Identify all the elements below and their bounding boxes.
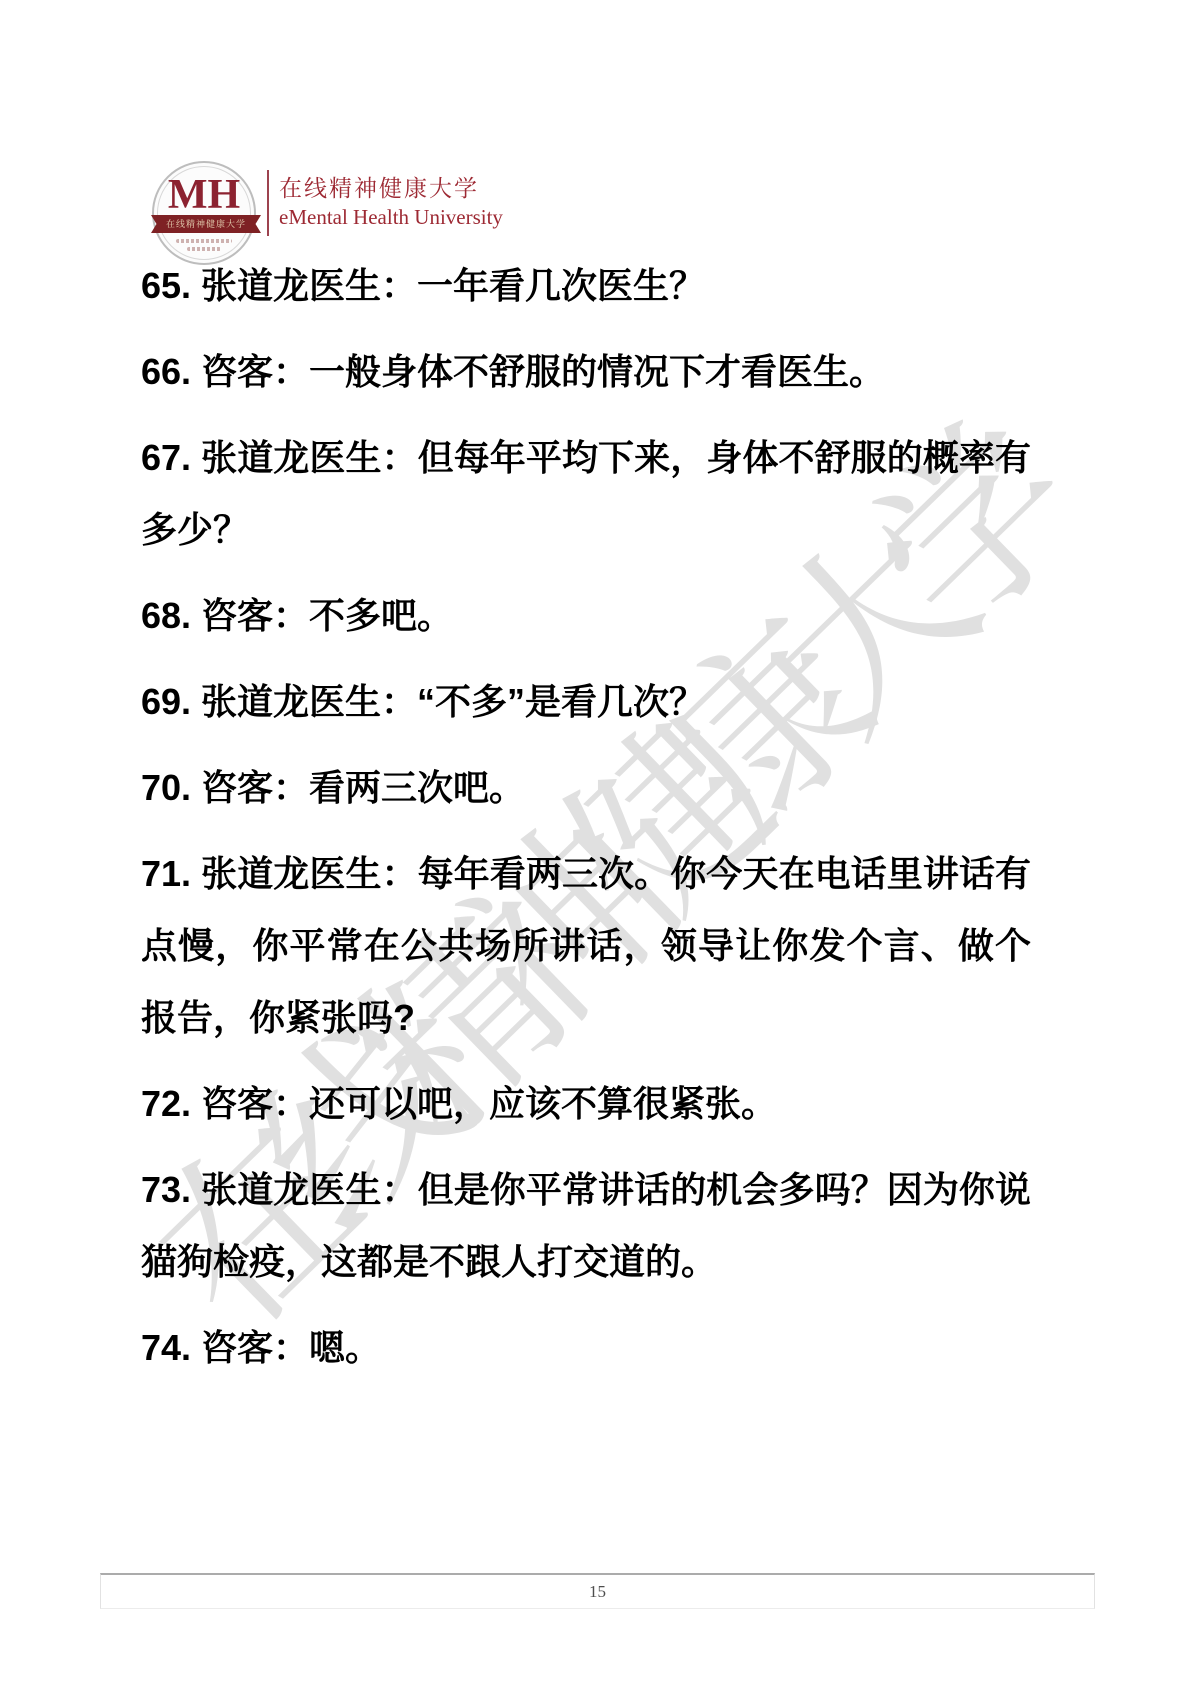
dialogue-lines: 65. 张道龙医生：一年看几次医生？66. 咨客：一般身体不舒服的情况下才看医生…: [141, 250, 1031, 1384]
header-divider-line: [267, 170, 269, 236]
university-logo-seal: MH 在线精神健康大学: [152, 161, 256, 265]
dialogue-line: 70. 咨客：看两三次吧。: [141, 752, 1031, 824]
logo-small-text-line-1: [176, 239, 232, 243]
header: MH 在线精神健康大学 在线精神健康大学 eMental Health Univ…: [0, 0, 1190, 260]
dialogue-line: 74. 咨客：嗯。: [141, 1312, 1031, 1384]
dialogue-line: 66. 咨客：一般身体不舒服的情况下才看医生。: [141, 336, 1031, 408]
logo-initials: MH: [154, 172, 254, 218]
dialogue-line: 69. 张道龙医生：“不多”是看几次？: [141, 666, 1031, 738]
dialogue-line: 67. 张道龙医生：但每年平均下来，身体不舒服的概率有多少？: [141, 422, 1031, 566]
logo-ribbon-banner: 在线精神健康大学: [151, 215, 261, 233]
dialogue-line: 73. 张道龙医生：但是你平常讲话的机会多吗？因为你说猫狗检疫，这都是不跟人打交…: [141, 1154, 1031, 1298]
dialogue-line: 72. 咨客：还可以吧，应该不算很紧张。: [141, 1068, 1031, 1140]
page-footer: 15: [100, 1573, 1095, 1609]
wordmark-chinese: 在线精神健康大学: [279, 176, 479, 202]
dialogue-line: 68. 咨客：不多吧。: [141, 580, 1031, 652]
dialogue-line: 71. 张道龙医生：每年看两三次。你今天在电话里讲话有点慢，你平常在公共场所讲话…: [141, 838, 1031, 1054]
wordmark-english: eMental Health University: [279, 204, 503, 230]
logo-ribbon-text: 在线精神健康大学: [166, 220, 246, 229]
document-page: 在线精神健康大学 MH 在线精神健康大学 在线精神健康大学 eMental He…: [0, 0, 1190, 1683]
dialogue-line: 65. 张道龙医生：一年看几次医生？: [141, 250, 1031, 322]
dialogue-content: 65. 张道龙医生：一年看几次医生？66. 咨客：一般身体不舒服的情况下才看医生…: [141, 250, 1031, 1398]
page-number: 15: [589, 1582, 606, 1602]
logo-small-text-line-2: [187, 247, 221, 251]
